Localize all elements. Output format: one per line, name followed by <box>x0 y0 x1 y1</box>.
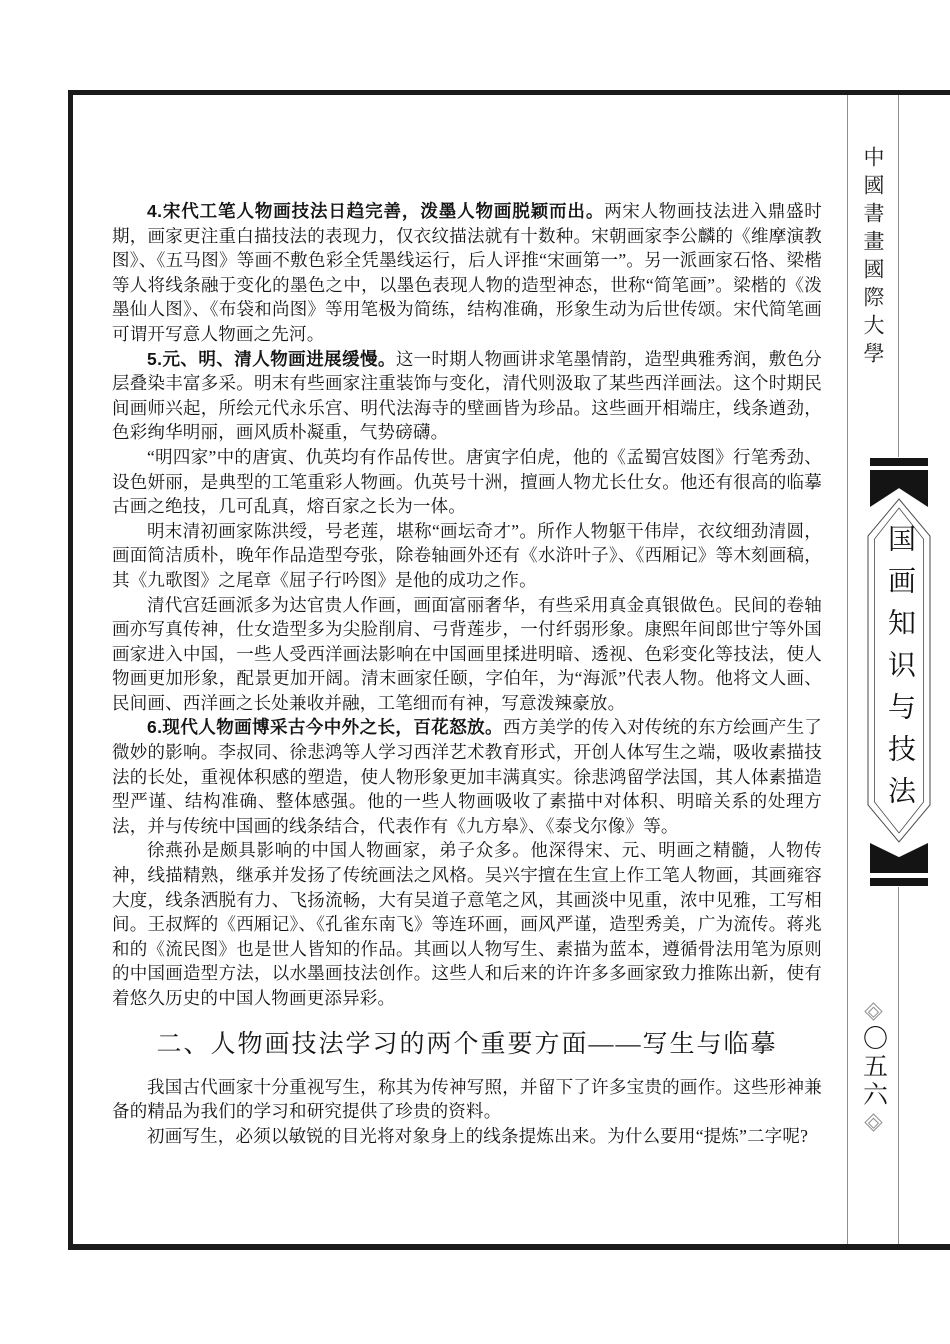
frame-bottom-rule <box>68 1244 950 1250</box>
university-title: 中國書畫國際大學 <box>858 146 888 370</box>
paragraph-first-sketch: 初画写生，必须以敏锐的目光将对象身上的线条提炼出来。为什么要用“提炼”二字呢? <box>112 1124 822 1149</box>
badge-top-bar <box>870 458 928 466</box>
paragraph-ancient-sketching: 我国古代画家十分重视写生，称其为传神写照，并留下了许多宝贵的画作。这些形神兼备的… <box>112 1075 822 1124</box>
paragraph-xu-yansun: 徐燕孙是颇具影响的中国人物画家，弟子众多。他深得宋、元、明画之精髓，人物传神，线… <box>112 838 822 1010</box>
badge-hexagon: 国画知识与技法 <box>867 498 931 843</box>
paragraph-qing-court: 清代宫廷画派多为达官贵人作画，画面富丽奢华，有些采用真金真银做色。民间的卷轴画亦… <box>112 593 822 716</box>
ribbon-bottom-icon <box>870 843 928 873</box>
diamond-inner-icon <box>867 1117 878 1128</box>
paragraph-lead: 4.宋代工笔人物画技法日趋完善，泼墨人物画脱颖而出。 <box>147 201 604 221</box>
paragraph-ming-four-masters: “明四家”中的唐寅、仇英均有作品传世。唐寅字伯虎，他的《孟蜀宫妓图》行笔秀劲、设… <box>112 445 822 519</box>
paragraph-body: 明末清初画家陈洪绶，号老莲，堪称“画坛奇才”。所作人物躯干伟岸，衣纹细劲清圆，画… <box>112 521 822 590</box>
paragraph-body: 两宋人物画技法进入鼎盛时期，画家更注重白描技法的表现力，仅衣纹描法就有十数种。宋… <box>112 201 822 344</box>
book-page: 4.宋代工笔人物画技法日趋完善，泼墨人物画脱颖而出。两宋人物画技法进入鼎盛时期，… <box>0 0 950 1344</box>
paragraph-modern-figure-painting: 6.现代人物画博采古今中外之长，百花怒放。西方美学的传入对传统的东方绘画产生了微… <box>112 715 822 838</box>
paragraph-yuan-ming-qing: 5.元、明、清人物画进展缓慢。这一时期人物画讲求笔墨情韵，造型典雅秀润，敷色分层… <box>112 347 822 445</box>
body-text: 4.宋代工笔人物画技法日趋完善，泼墨人物画脱颖而出。两宋人物画技法进入鼎盛时期，… <box>112 199 822 1148</box>
diamond-ornament-icon <box>864 1113 882 1131</box>
paragraph-lead: 6.现代人物画博采古今中外之长，百花怒放。 <box>147 717 503 737</box>
paragraph-body: 初画写生，必须以敏锐的目光将对象身上的线条提炼出来。为什么要用“提炼”二字呢? <box>147 1126 808 1146</box>
badge-bottom-bar <box>870 878 928 886</box>
paragraph-body: 徐燕孙是颇具影响的中国人物画家，弟子众多。他深得宋、元、明画之精髓，人物传神，线… <box>112 840 822 1008</box>
paragraph-lead: 5.元、明、清人物画进展缓慢。 <box>147 349 396 369</box>
diamond-ornament-icon <box>864 1002 882 1020</box>
frame-top-rule <box>68 90 950 95</box>
paragraph-body: “明四家”中的唐寅、仇英均有作品传世。唐寅字伯虎，他的《孟蜀宫妓图》行笔秀劲、设… <box>112 447 822 516</box>
paragraph-chen-hongshou: 明末清初画家陈洪绶，号老莲，堪称“画坛奇才”。所作人物躯干伟岸，衣纹细劲清圆，画… <box>112 519 822 593</box>
frame-left-rule <box>68 90 73 1250</box>
page-number: 〇五六 <box>861 1025 886 1109</box>
page-number-column: 〇五六 <box>847 1005 899 1129</box>
sidebar-university-column: 中國書畫國際大學 <box>847 146 899 370</box>
paragraph-body: 清代宫廷画派多为达官贵人作画，画面富丽奢华，有些采用真金真银做色。民间的卷轴画亦… <box>112 595 822 713</box>
badge-title-wrap: 国画知识与技法 <box>867 498 931 843</box>
paragraph-body: 我国古代画家十分重视写生，称其为传神写照，并留下了许多宝贵的画作。这些形神兼备的… <box>112 1077 822 1122</box>
section-heading: 二、人物画技法学习的两个重要方面——写生与临摹 <box>112 1027 822 1063</box>
badge-title: 国画知识与技法 <box>879 524 919 818</box>
diamond-inner-icon <box>867 1006 878 1017</box>
paragraph-song-dynasty: 4.宋代工笔人物画技法日趋完善，泼墨人物画脱颖而出。两宋人物画技法进入鼎盛时期，… <box>112 199 822 347</box>
